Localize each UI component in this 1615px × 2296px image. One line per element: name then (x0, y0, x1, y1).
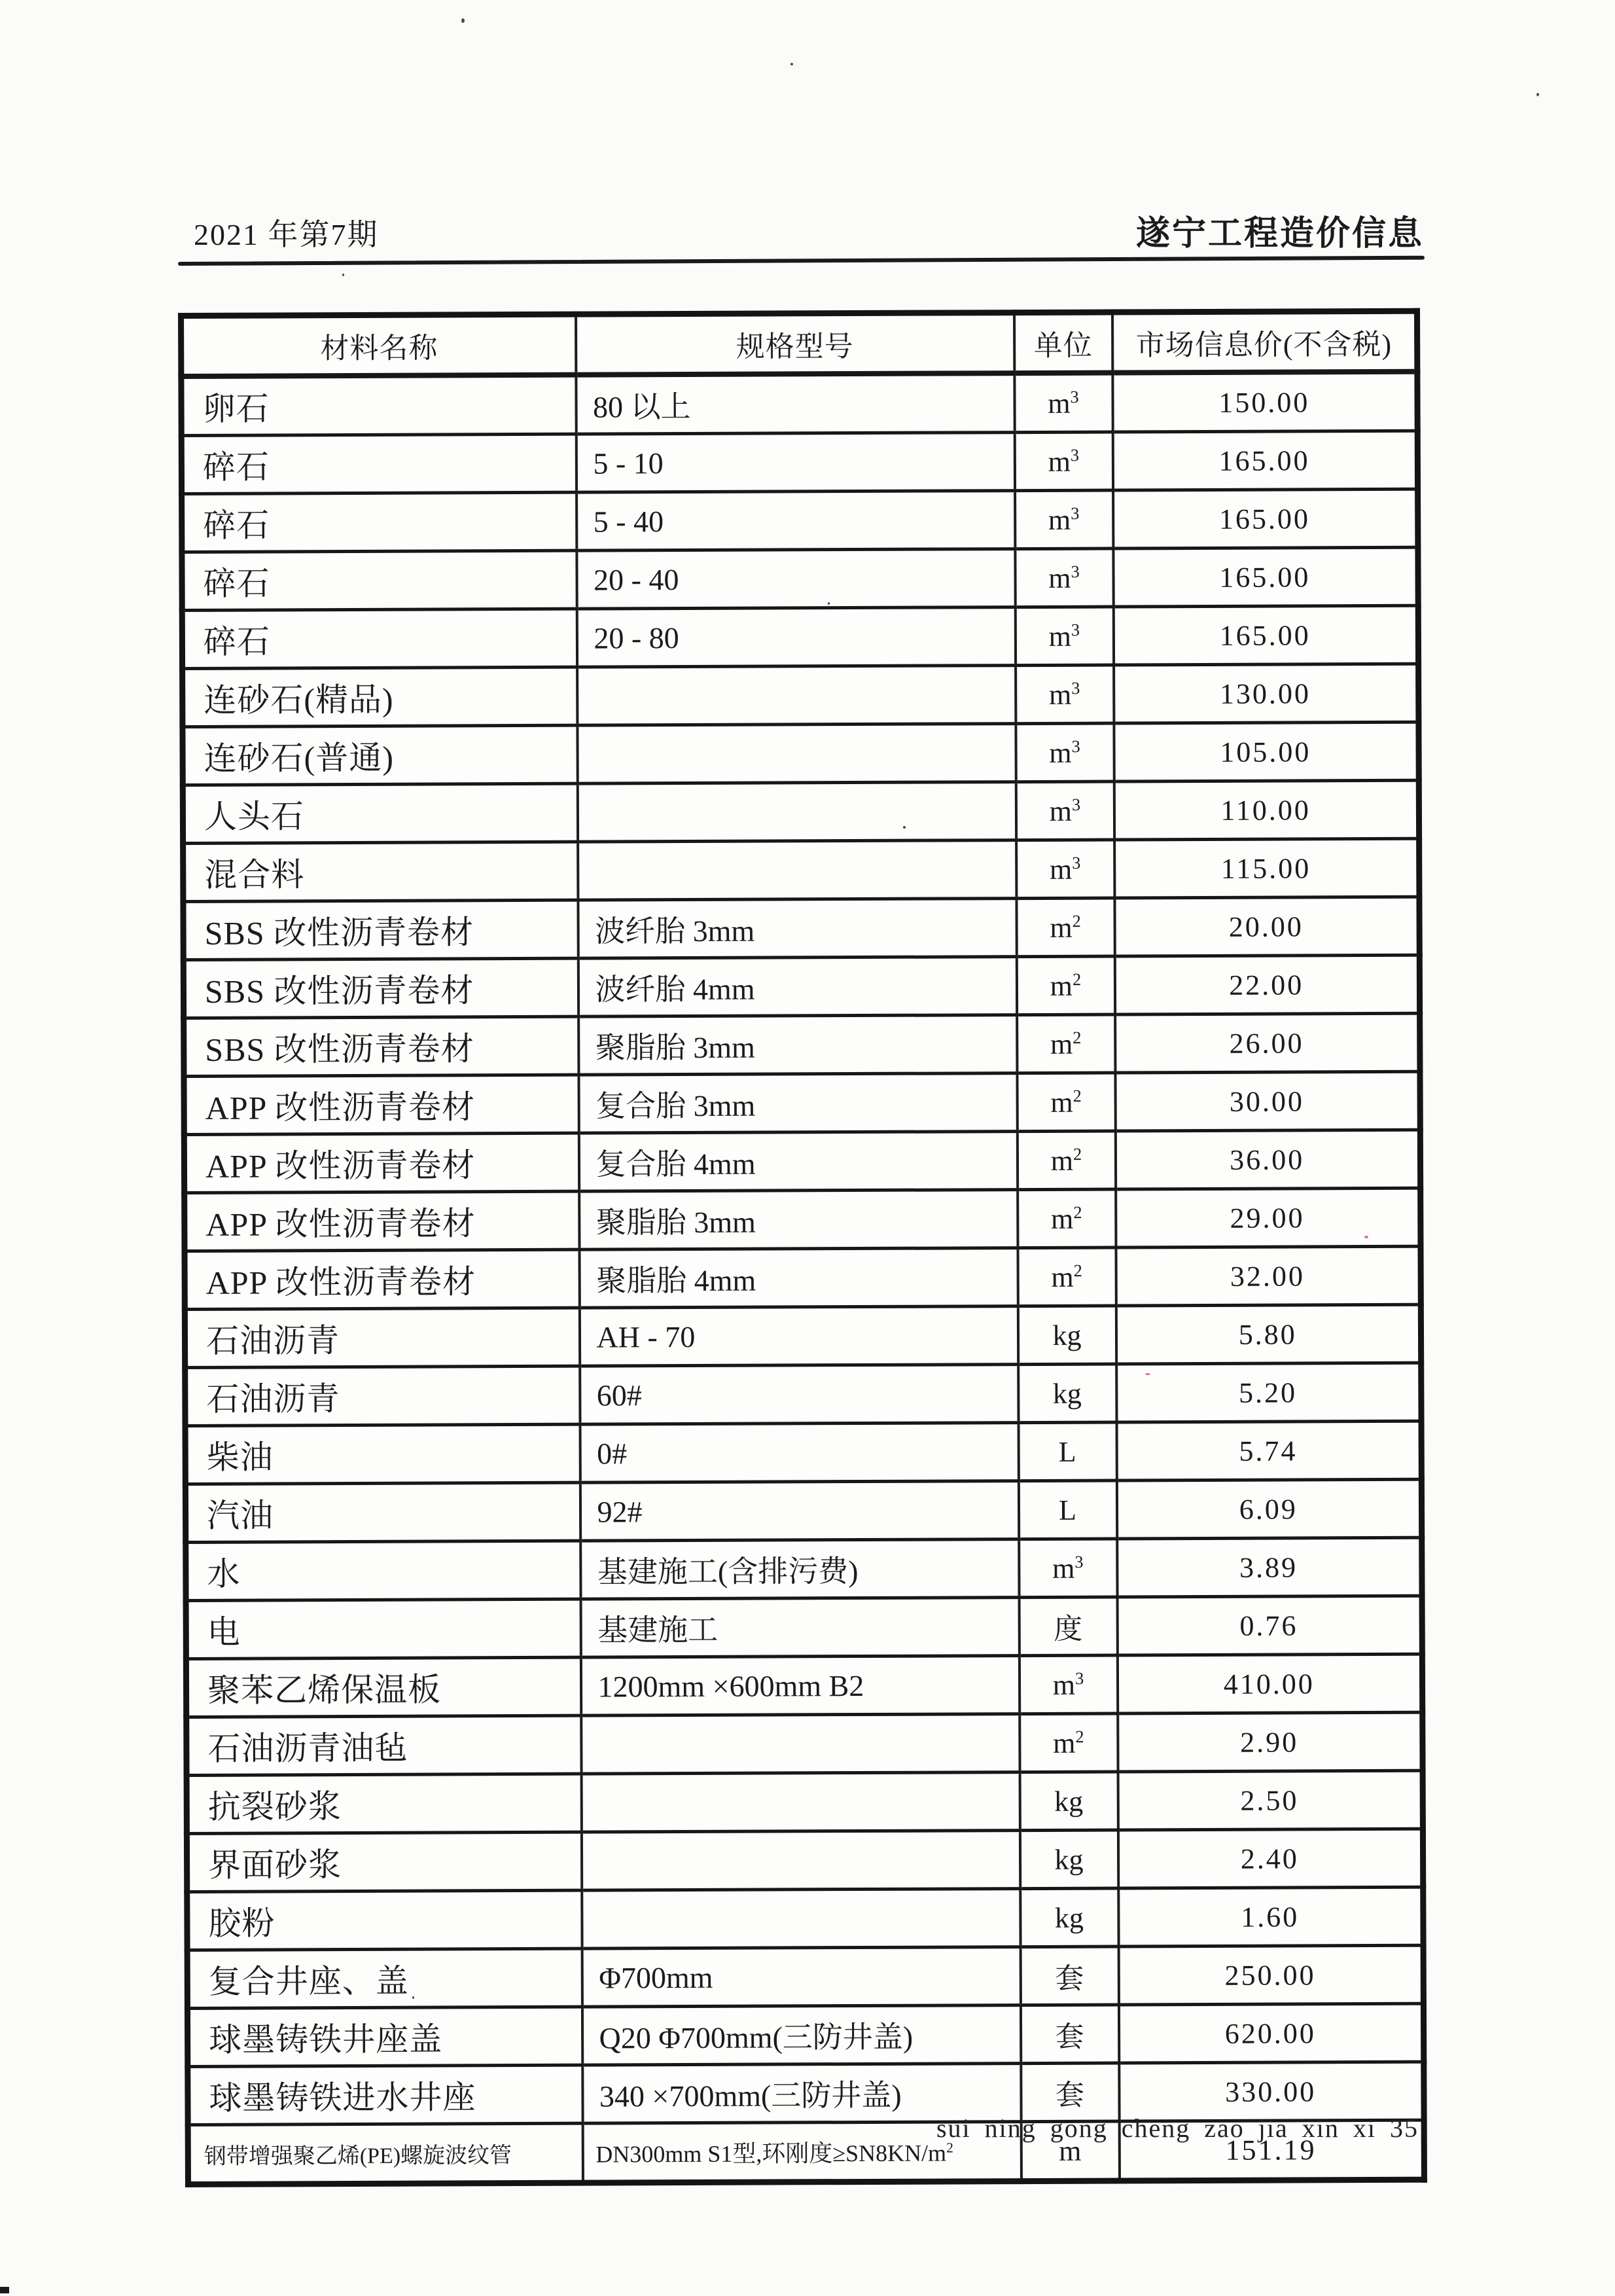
table-row: SBS 改性沥青卷材波纤胎 3mmm220.00 (183, 897, 1419, 960)
material-name-cell: 球墨铸铁井座盖 (187, 2007, 582, 2066)
spec-model-cell: 60# (580, 1365, 1018, 1425)
scan-speck (1145, 1373, 1150, 1375)
scan-speck (461, 18, 465, 23)
table-row: 连砂石(普通)m3105.00 (183, 722, 1419, 785)
unit-cell: m3 (1016, 665, 1114, 724)
unit-cell: m2 (1018, 1247, 1116, 1306)
unit-cell: L (1018, 1480, 1116, 1539)
unit-cell: kg (1020, 1888, 1118, 1947)
spec-model-cell: 聚脂胎 3mm (578, 1015, 1017, 1075)
spec-model-cell: 复合胎 3mm (578, 1073, 1017, 1134)
unit-cell: m3 (1019, 1655, 1117, 1714)
market-price-cell: 20.00 (1114, 897, 1419, 956)
material-name-cell: SBS 改性沥青卷材 (184, 1016, 578, 1076)
unit-cell: 度 (1019, 1597, 1117, 1656)
footer-pinyin-page-number: sui ning gong cheng zao jia xin xi 35 (936, 2113, 1419, 2144)
unit-cell: 套 (1020, 2005, 1118, 2064)
scan-edge-mark (0, 2287, 9, 2293)
table-row: SBS 改性沥青卷材波纤胎 4mmm222.00 (183, 955, 1419, 1018)
table-row: 碎石5 - 10m3165.00 (181, 431, 1417, 493)
scan-speck (790, 63, 793, 65)
market-price-cell: 2.90 (1118, 1712, 1423, 1772)
market-price-cell: 3.89 (1117, 1537, 1422, 1597)
spec-model-cell: 波纤胎 3mm (578, 899, 1016, 959)
spec-model-cell: 基建施工 (580, 1598, 1019, 1658)
material-name-cell: 石油沥青 (185, 1366, 580, 1426)
scan-speck (828, 602, 830, 605)
table-row: 水基建施工(含排污费)m33.89 (186, 1537, 1422, 1600)
unit-cell: m2 (1017, 1014, 1115, 1073)
unit-cell: m3 (1019, 1539, 1117, 1598)
unit-cell: m2 (1016, 898, 1114, 957)
material-name-cell: 碎石 (181, 434, 576, 493)
market-price-cell: 165.00 (1112, 431, 1417, 490)
material-name-cell: 连砂石(精品) (183, 667, 577, 726)
spec-model-cell: 5 - 40 (577, 491, 1015, 551)
material-name-cell: 柴油 (185, 1424, 580, 1484)
column-header-3: 市场信息价(不含税) (1112, 311, 1417, 372)
market-price-cell: 115.00 (1114, 838, 1419, 898)
table-row: 碎石5 - 40m3165.00 (182, 489, 1418, 552)
table-row: 碎石20 - 40m3165.00 (182, 547, 1418, 610)
spec-model-cell: 80 以上 (576, 373, 1014, 434)
spec-model-cell (582, 1889, 1020, 1949)
market-price-cell: 30.00 (1115, 1071, 1420, 1131)
material-name-cell: 钢带增强聚乙烯(PE)螺旋波纹管 (188, 2123, 582, 2184)
material-name-cell: 汽油 (185, 1482, 580, 1542)
market-price-cell: 0.76 (1117, 1596, 1422, 1655)
table-row: 连砂石(精品)m3130.00 (183, 664, 1419, 726)
material-name-cell: APP 改性沥青卷材 (185, 1191, 579, 1251)
table-row: 球墨铸铁井座盖Q20 Φ700mm(三防井盖)套620.00 (187, 2003, 1423, 2066)
unit-cell: kg (1020, 1772, 1118, 1831)
material-name-cell: SBS 改性沥青卷材 (183, 958, 578, 1018)
material-name-cell: 卵石 (181, 375, 576, 436)
market-price-cell: 410.00 (1117, 1654, 1422, 1713)
spec-model-cell: Q20 Φ700mm(三防井盖) (582, 2005, 1020, 2066)
market-price-cell: 165.00 (1113, 605, 1418, 665)
table-row: 界面砂浆kg2.40 (186, 1829, 1423, 1892)
material-name-cell: APP 改性沥青卷材 (184, 1133, 578, 1193)
table-row: APP 改性沥青卷材聚脂胎 3mmm229.00 (185, 1188, 1421, 1251)
market-price-cell: 130.00 (1114, 664, 1419, 723)
spec-model-cell (578, 840, 1016, 901)
spec-model-cell (577, 782, 1016, 842)
unit-cell: L (1018, 1422, 1116, 1481)
table-row: 混合料m3115.00 (183, 838, 1419, 901)
market-price-cell: 22.00 (1114, 955, 1419, 1014)
material-name-cell: 石油沥青 (185, 1308, 579, 1367)
table-row: 胶粉kg1.60 (187, 1887, 1423, 1950)
unit-cell: m3 (1014, 373, 1112, 433)
table-header-row: 材料名称规格型号单位市场信息价(不含税) (181, 311, 1417, 376)
spec-model-cell (581, 1714, 1020, 1774)
scan-speck (342, 274, 344, 276)
market-price-cell: 5.80 (1116, 1304, 1421, 1364)
table-row: 碎石20 - 80m3165.00 (182, 605, 1418, 668)
market-price-cell: 5.20 (1116, 1363, 1421, 1422)
table-row: 聚苯乙烯保温板1200mm ×600mm B2m3410.00 (186, 1654, 1422, 1717)
unit-cell: m2 (1018, 1189, 1116, 1248)
material-name-cell: APP 改性沥青卷材 (184, 1075, 578, 1134)
material-name-cell: 抗裂砂浆 (186, 1774, 581, 1833)
unit-cell: kg (1020, 1830, 1118, 1889)
table-row: APP 改性沥青卷材复合胎 3mmm230.00 (184, 1071, 1420, 1134)
header-rule (178, 256, 1425, 266)
table-row: 电基建施工度0.76 (186, 1596, 1422, 1659)
table-row: SBS 改性沥青卷材聚脂胎 3mmm226.00 (184, 1013, 1420, 1076)
table-row: APP 改性沥青卷材复合胎 4mmm236.00 (184, 1130, 1420, 1193)
table-row: 卵石80 以上m3150.00 (181, 372, 1417, 436)
unit-cell: m3 (1015, 607, 1113, 666)
column-header-1: 规格型号 (576, 313, 1014, 375)
spec-model-cell: 0# (580, 1423, 1018, 1483)
spec-model-cell (581, 1831, 1020, 1891)
market-price-cell: 165.00 (1113, 489, 1418, 548)
scanned-document-page: 2021 年第7期 遂宁工程造价信息 材料名称规格型号单位市场信息价(不含税) … (0, 0, 1615, 2296)
unit-cell: m2 (1020, 1713, 1118, 1772)
scan-speck (903, 826, 906, 829)
market-price-cell: 105.00 (1114, 722, 1419, 781)
material-price-table: 材料名称规格型号单位市场信息价(不含税) 卵石80 以上m3150.00碎石5 … (178, 308, 1427, 2187)
unit-cell: m3 (1015, 548, 1113, 607)
spec-model-cell: AH - 70 (579, 1306, 1018, 1367)
spec-model-cell: 92# (580, 1481, 1018, 1541)
material-name-cell: APP 改性沥青卷材 (185, 1249, 579, 1309)
market-price-cell: 620.00 (1118, 2003, 1423, 2063)
scan-speck (1364, 1236, 1368, 1238)
market-price-cell: 2.50 (1118, 1770, 1423, 1830)
market-price-cell: 150.00 (1112, 372, 1417, 432)
market-price-cell: 250.00 (1118, 1945, 1423, 2005)
market-price-cell: 36.00 (1115, 1130, 1420, 1189)
spec-model-cell: 基建施工(含排污费) (580, 1539, 1019, 1600)
publication-title: 遂宁工程造价信息 (1136, 206, 1424, 255)
material-name-cell: 混合料 (183, 842, 578, 901)
unit-cell: kg (1018, 1364, 1116, 1423)
table-row: 石油沥青60#kg5.20 (185, 1363, 1421, 1426)
unit-cell: m3 (1016, 840, 1114, 899)
spec-model-cell: 5 - 10 (576, 433, 1014, 493)
unit-cell: kg (1018, 1306, 1116, 1365)
table-header: 材料名称规格型号单位市场信息价(不含税) (181, 311, 1417, 376)
unit-cell: 套 (1020, 1946, 1118, 2005)
table-row: 复合井座、盖Φ700mm套250.00 (187, 1945, 1423, 2008)
column-header-0: 材料名称 (181, 314, 576, 376)
market-price-cell: 110.00 (1114, 780, 1419, 840)
market-price-cell: 6.09 (1116, 1479, 1421, 1539)
material-name-cell: 聚苯乙烯保温板 (186, 1657, 580, 1717)
spec-model-cell: 聚脂胎 3mm (579, 1190, 1018, 1250)
table-body: 卵石80 以上m3150.00碎石5 - 10m3165.00碎石5 - 40m… (181, 372, 1425, 2185)
unit-cell: m3 (1016, 781, 1114, 840)
unit-cell: m2 (1017, 1073, 1115, 1132)
material-name-cell: 胶粉 (187, 1890, 582, 1950)
material-name-cell: 水 (186, 1541, 580, 1600)
spec-model-cell (577, 724, 1016, 784)
table-row: APP 改性沥青卷材聚脂胎 4mmm232.00 (185, 1246, 1421, 1309)
spec-model-cell: 复合胎 4mm (578, 1132, 1017, 1192)
spec-model-cell: 20 - 80 (577, 607, 1015, 668)
table-row: 抗裂砂浆kg2.50 (186, 1770, 1423, 1833)
material-name-cell: 碎石 (182, 492, 577, 552)
material-name-cell: 石油沥青油毡 (186, 1715, 581, 1775)
market-price-cell: 1.60 (1118, 1887, 1423, 1946)
table-row: 石油沥青AH - 70kg5.80 (185, 1304, 1421, 1367)
market-price-cell: 5.74 (1116, 1421, 1421, 1480)
market-price-cell: 32.00 (1116, 1246, 1421, 1306)
market-price-cell: 165.00 (1113, 547, 1418, 607)
table-row: 人头石m3110.00 (183, 780, 1419, 843)
material-name-cell: 连砂石(普通) (183, 725, 577, 785)
spec-model-cell (581, 1772, 1020, 1833)
spec-model-cell (577, 666, 1016, 726)
unit-cell: m3 (1015, 490, 1113, 549)
material-name-cell: 界面砂浆 (186, 1832, 581, 1892)
unit-cell: m2 (1016, 956, 1114, 1015)
material-name-cell: 复合井座、盖 (187, 1948, 582, 2008)
market-price-cell: 29.00 (1116, 1188, 1421, 1247)
table-row: 柴油0#L5.74 (185, 1421, 1421, 1484)
spec-model-cell: 1200mm ×600mm B2 (580, 1656, 1019, 1716)
material-price-table-wrap: 材料名称规格型号单位市场信息价(不含税) 卵石80 以上m3150.00碎石5 … (178, 308, 1421, 2187)
material-name-cell: 球墨铸铁进水井座 (188, 2065, 582, 2125)
market-price-cell: 2.40 (1118, 1829, 1423, 1888)
spec-model-cell: Φ700mm (582, 1947, 1020, 2007)
material-name-cell: 碎石 (182, 609, 577, 668)
unit-cell: m3 (1014, 432, 1112, 491)
issue-label: 2021 年第7期 (194, 211, 379, 254)
material-name-cell: 电 (186, 1599, 580, 1659)
scan-speck (1536, 93, 1539, 96)
unit-cell: m3 (1016, 723, 1114, 782)
market-price-cell: 26.00 (1115, 1013, 1420, 1073)
column-header-2: 单位 (1014, 312, 1112, 373)
material-name-cell: 碎石 (182, 550, 577, 610)
scan-speck (412, 1996, 414, 1999)
spec-model-cell: 波纤胎 4mm (578, 957, 1016, 1017)
material-name-cell: SBS 改性沥青卷材 (183, 900, 578, 960)
table-row: 汽油92#L6.09 (185, 1479, 1421, 1542)
unit-cell: m2 (1017, 1131, 1115, 1190)
spec-model-cell: 聚脂胎 4mm (579, 1248, 1018, 1308)
table-row: 石油沥青油毡m22.90 (186, 1712, 1423, 1775)
material-name-cell: 人头石 (183, 783, 577, 843)
spec-model-cell: 20 - 40 (577, 549, 1015, 609)
